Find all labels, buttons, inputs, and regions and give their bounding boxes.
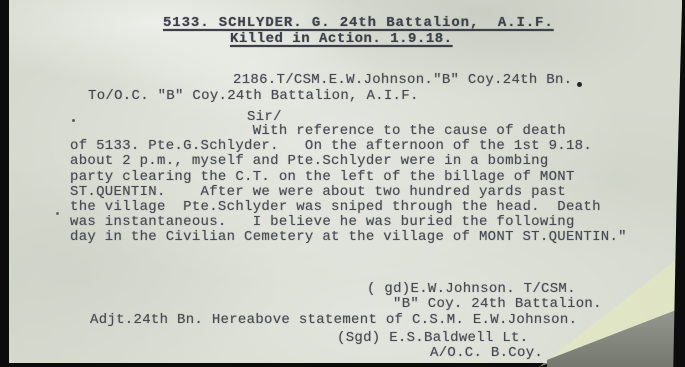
killed-in-action-line: Killed in Action. 1.9.18. bbox=[230, 31, 453, 47]
adjutant-note: Adjt.24th Bn. Hereabove statement of C.S… bbox=[90, 312, 577, 328]
countersignature: (Sgd) E.S.Baldwell Lt. bbox=[337, 330, 528, 346]
reporter-identity-line: 2186.T/CSM.E.W.Johnson."B" Coy.24th Bn. bbox=[233, 72, 572, 88]
addressee-line: To/O.C. "B" Coy.24th Battalion, A.I.F. bbox=[88, 88, 419, 104]
document-text-layer: 5133. SCHLYDER. G. 24th Battalion, A.I.F… bbox=[0, 0, 685, 367]
countersignature-role: A/O.C. B.Coy. bbox=[430, 345, 543, 361]
casualty-header-line: 5133. SCHLYDER. G. 24th Battalion, A.I.F… bbox=[163, 15, 554, 31]
signature-name: ( gd)E.W.Johnson. T/CSM. bbox=[367, 281, 576, 297]
scanned-document-page: 5133. SCHLYDER. G. 24th Battalion, A.I.F… bbox=[0, 0, 685, 367]
signature-unit: "B" Coy. 24th Battalion. bbox=[393, 296, 602, 312]
statement-body: With reference to the cause of death of … bbox=[70, 124, 627, 246]
